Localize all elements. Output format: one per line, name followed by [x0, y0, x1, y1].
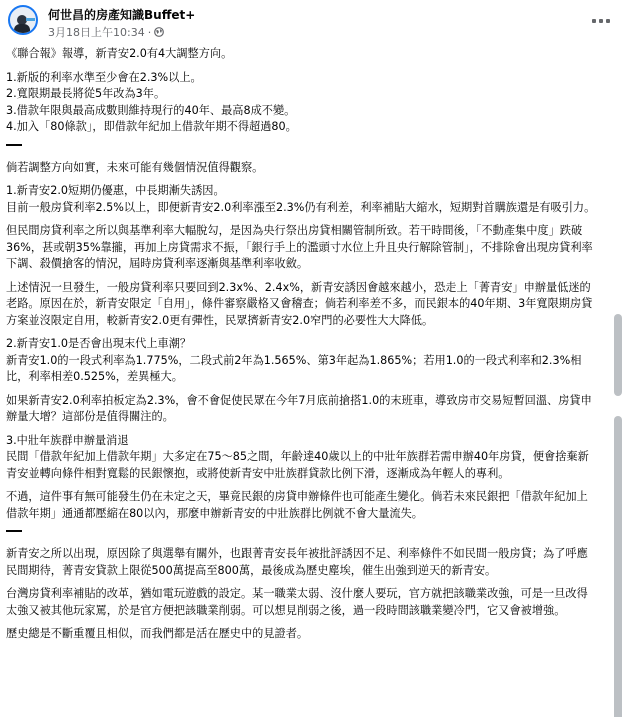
section-divider [6, 144, 22, 146]
dot-icon [606, 19, 610, 23]
post-paragraph-intro: 《聯合報》報導，新青安2.0有4大調整方向。 [6, 46, 596, 63]
post-paragraph: 3.中壯年族群申辦量消退 民間「借款年紀加上借款年期」大多定在75～85之間，年… [6, 433, 596, 483]
post-paragraph: 上述情況一旦發生，一般房貸利率只要回到2.3x%、2.4x%，新青安誘因會越來越… [6, 280, 596, 330]
author-avatar[interactable] [8, 5, 38, 35]
meta-separator: · [148, 26, 152, 39]
dot-icon [592, 19, 596, 23]
post-paragraph: 不過，這件事有無可能發生仍在未定之天，畢竟民銀的房貸申辦條件也可能產生變化。倘若… [6, 489, 596, 522]
avatar-body [14, 24, 30, 35]
dot-icon [599, 19, 603, 23]
post-paragraph: 2.新青安1.0是否會出現末代上車潮？ 新青安1.0的一段式利率為1.775%，… [6, 336, 596, 386]
author-name[interactable]: 何世昌的房產知識Buffet+ [48, 6, 195, 23]
section-divider [6, 530, 22, 532]
post-paragraph: 如果新青安2.0利率拍板定為2.3%，會不會促使民眾在今年7月底前搶搭1.0的末… [6, 393, 596, 426]
post-paragraph: 台灣房貸利率補貼的改革，猶如電玩遊戲的設定。某一職業太弱、沒什麼人要玩，官方就把… [6, 586, 596, 619]
avatar-accent [26, 18, 35, 21]
post-paragraph: 新青安之所以出現，原因除了與選舉有關外，也跟菁青安長年被批評誘因不足、利率條件不… [6, 546, 596, 579]
post-paragraph: 1.新青安2.0短期仍優惠，中長期漸失誘因。 目前一般房貸利率2.5%以上，即便… [6, 183, 596, 216]
post-paragraph: 但民間房貸利率之所以與基準利率大幅脫勾，是因為央行祭出房貸相關管制所致。若干時間… [6, 223, 596, 273]
post-timestamp[interactable]: 3月18日上午10:34 [48, 24, 145, 40]
post-paragraph-list: 1.新版的利率水準至少會在2.3%以上。 2.寬限期最長將從5年改為3年。 3.… [6, 70, 596, 136]
more-options-button[interactable] [588, 14, 614, 28]
post-paragraph: 倘若調整方向如實，未來可能有幾個情況值得觀察。 [6, 160, 596, 177]
post-paragraph: 歷史總是不斷重覆且相似，而我們都是活在歷史中的見證者。 [6, 626, 596, 643]
post-meta: 3月18日上午10:34 · [48, 24, 164, 40]
post-header: 何世昌的房產知識Buffet+ 3月18日上午10:34 · [0, 0, 624, 44]
globe-icon [154, 27, 164, 37]
post-body: 《聯合報》報導，新青安2.0有4大調整方向。 1.新版的利率水準至少會在2.3%… [6, 46, 596, 650]
scrollbar-thumb-upper[interactable] [614, 314, 622, 396]
scrollbar-thumb-lower[interactable] [614, 416, 622, 717]
